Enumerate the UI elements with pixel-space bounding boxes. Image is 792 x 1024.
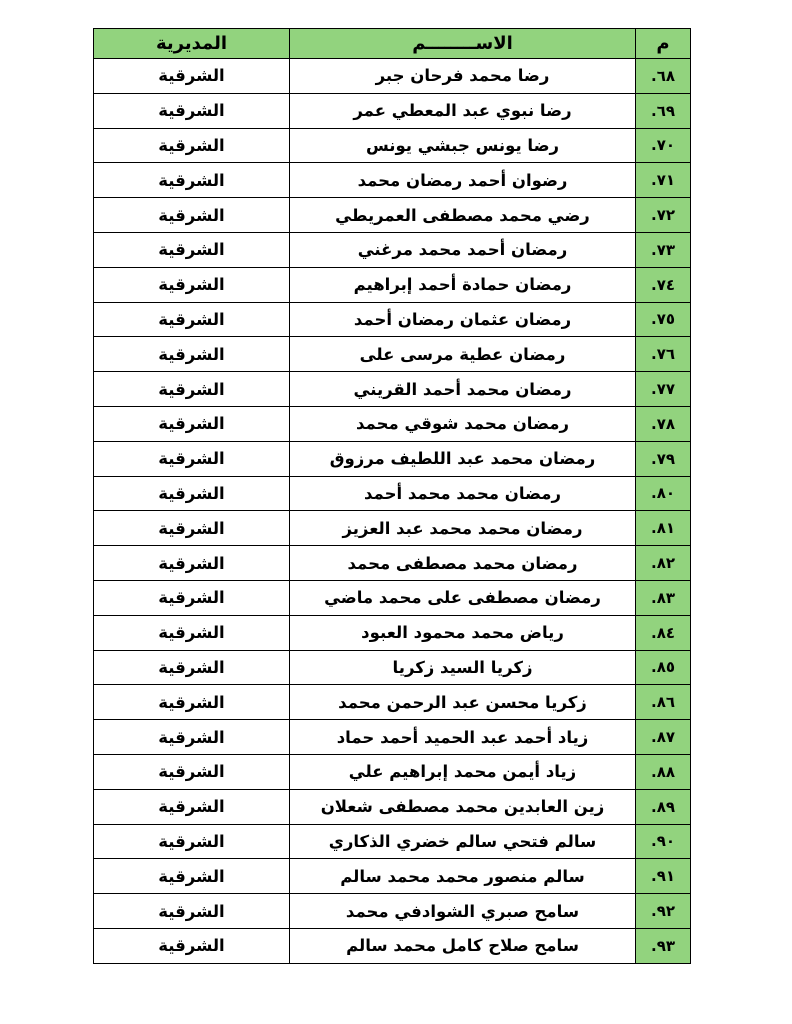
row-directorate-cell: الشرقية <box>94 789 290 824</box>
header-row: م الاســــــــم المديرية <box>94 29 691 59</box>
table-row: ٨٦.زكريا محسن عبد الرحمن محمدالشرقية <box>94 685 691 720</box>
row-directorate-cell: الشرقية <box>94 441 290 476</box>
row-number-cell: ٧٦. <box>636 337 691 372</box>
row-directorate-cell: الشرقية <box>94 128 290 163</box>
row-directorate-cell: الشرقية <box>94 511 290 546</box>
table-row: ٩٢.سامح صبري الشوادفي محمدالشرقية <box>94 894 691 929</box>
table-body: ٦٨.رضا محمد فرحان جبرالشرقية٦٩.رضا نبوي … <box>94 59 691 964</box>
row-name-cell: رضي محمد مصطفى العمريطي <box>290 198 636 233</box>
row-number-cell: ٩١. <box>636 859 691 894</box>
row-number-cell: ٧٥. <box>636 302 691 337</box>
table-row: ٩٣.سامح صلاح كامل محمد سالمالشرقية <box>94 928 691 963</box>
row-directorate-cell: الشرقية <box>94 824 290 859</box>
row-number-cell: ٨٥. <box>636 650 691 685</box>
row-number-cell: ٧٠. <box>636 128 691 163</box>
row-number-cell: ٨٠. <box>636 476 691 511</box>
row-directorate-cell: الشرقية <box>94 720 290 755</box>
row-name-cell: سالم فتحي سالم خضري الذكاري <box>290 824 636 859</box>
row-directorate-cell: الشرقية <box>94 302 290 337</box>
row-directorate-cell: الشرقية <box>94 894 290 929</box>
header-directorate: المديرية <box>94 29 290 59</box>
row-name-cell: رمضان أحمد محمد مرغني <box>290 232 636 267</box>
row-number-cell: ٨٢. <box>636 546 691 581</box>
row-number-cell: ٧٩. <box>636 441 691 476</box>
row-name-cell: رضوان أحمد رمضان محمد <box>290 163 636 198</box>
document-page: م الاســــــــم المديرية ٦٨.رضا محمد فرح… <box>0 0 792 1024</box>
row-name-cell: رمضان محمد محمد عبد العزيز <box>290 511 636 546</box>
header-name: الاســــــــم <box>290 29 636 59</box>
table-row: ٩١.سالم منصور محمد محمد سالمالشرقية <box>94 859 691 894</box>
table-row: ٦٨.رضا محمد فرحان جبرالشرقية <box>94 59 691 94</box>
row-number-cell: ٦٩. <box>636 93 691 128</box>
row-name-cell: سامح صبري الشوادفي محمد <box>290 894 636 929</box>
row-name-cell: زين العابدين محمد مصطفى شعلان <box>290 789 636 824</box>
row-directorate-cell: الشرقية <box>94 267 290 302</box>
row-directorate-cell: الشرقية <box>94 59 290 94</box>
row-name-cell: رمضان محمد أحمد القريني <box>290 372 636 407</box>
table-row: ٧٣.رمضان أحمد محمد مرغنيالشرقية <box>94 232 691 267</box>
row-name-cell: رمضان عثمان رمضان أحمد <box>290 302 636 337</box>
row-number-cell: ٨١. <box>636 511 691 546</box>
row-name-cell: رمضان مصطفى على محمد ماضي <box>290 580 636 615</box>
row-number-cell: ٧٧. <box>636 372 691 407</box>
table-header: م الاســــــــم المديرية <box>94 29 691 59</box>
header-number: م <box>636 29 691 59</box>
row-number-cell: ٧١. <box>636 163 691 198</box>
row-name-cell: رمضان محمد شوقي محمد <box>290 406 636 441</box>
row-name-cell: رمضان حمادة أحمد إبراهيم <box>290 267 636 302</box>
names-roster-table: م الاســــــــم المديرية ٦٨.رضا محمد فرح… <box>93 28 691 964</box>
row-number-cell: ٨٩. <box>636 789 691 824</box>
table-row: ٧١.رضوان أحمد رمضان محمدالشرقية <box>94 163 691 198</box>
row-name-cell: رمضان عطية مرسى على <box>290 337 636 372</box>
table-row: ٧٦.رمضان عطية مرسى علىالشرقية <box>94 337 691 372</box>
row-name-cell: رضا محمد فرحان جبر <box>290 59 636 94</box>
row-directorate-cell: الشرقية <box>94 754 290 789</box>
row-directorate-cell: الشرقية <box>94 615 290 650</box>
row-directorate-cell: الشرقية <box>94 685 290 720</box>
table-row: ٧٤.رمضان حمادة أحمد إبراهيمالشرقية <box>94 267 691 302</box>
table-row: ٨٣.رمضان مصطفى على محمد ماضيالشرقية <box>94 580 691 615</box>
table-row: ٨٠.رمضان محمد محمد أحمدالشرقية <box>94 476 691 511</box>
table-row: ٧٥.رمضان عثمان رمضان أحمدالشرقية <box>94 302 691 337</box>
table-row: ٧٢.رضي محمد مصطفى العمريطيالشرقية <box>94 198 691 233</box>
row-number-cell: ٧٢. <box>636 198 691 233</box>
row-number-cell: ٦٨. <box>636 59 691 94</box>
row-directorate-cell: الشرقية <box>94 163 290 198</box>
row-number-cell: ٧٤. <box>636 267 691 302</box>
row-number-cell: ٨٤. <box>636 615 691 650</box>
row-number-cell: ٨٦. <box>636 685 691 720</box>
row-number-cell: ٧٣. <box>636 232 691 267</box>
table-row: ٨٧.زياد أحمد عبد الحميد أحمد حمادالشرقية <box>94 720 691 755</box>
row-directorate-cell: الشرقية <box>94 232 290 267</box>
row-directorate-cell: الشرقية <box>94 859 290 894</box>
row-directorate-cell: الشرقية <box>94 372 290 407</box>
row-directorate-cell: الشرقية <box>94 650 290 685</box>
row-directorate-cell: الشرقية <box>94 928 290 963</box>
row-name-cell: زياد أحمد عبد الحميد أحمد حماد <box>290 720 636 755</box>
row-directorate-cell: الشرقية <box>94 406 290 441</box>
row-name-cell: رياض محمد محمود العبود <box>290 615 636 650</box>
table-row: ٩٠.سالم فتحي سالم خضري الذكاريالشرقية <box>94 824 691 859</box>
row-name-cell: زكريا محسن عبد الرحمن محمد <box>290 685 636 720</box>
table-row: ٨٤.رياض محمد محمود العبودالشرقية <box>94 615 691 650</box>
table-row: ٨٩.زين العابدين محمد مصطفى شعلانالشرقية <box>94 789 691 824</box>
table-row: ٦٩.رضا نبوي عبد المعطي عمرالشرقية <box>94 93 691 128</box>
row-name-cell: زياد أيمن محمد إبراهيم علي <box>290 754 636 789</box>
row-directorate-cell: الشرقية <box>94 580 290 615</box>
row-number-cell: ٨٣. <box>636 580 691 615</box>
table-row: ٧٠.رضا يونس جبشي يونسالشرقية <box>94 128 691 163</box>
row-directorate-cell: الشرقية <box>94 93 290 128</box>
table-row: ٧٨.رمضان محمد شوقي محمدالشرقية <box>94 406 691 441</box>
row-directorate-cell: الشرقية <box>94 546 290 581</box>
row-name-cell: سالم منصور محمد محمد سالم <box>290 859 636 894</box>
row-number-cell: ٩٠. <box>636 824 691 859</box>
row-name-cell: رضا يونس جبشي يونس <box>290 128 636 163</box>
table-row: ٨٥.زكريا السيد زكرياالشرقية <box>94 650 691 685</box>
row-name-cell: رمضان محمد محمد أحمد <box>290 476 636 511</box>
row-name-cell: سامح صلاح كامل محمد سالم <box>290 928 636 963</box>
row-number-cell: ٩٢. <box>636 894 691 929</box>
row-directorate-cell: الشرقية <box>94 198 290 233</box>
table-row: ٧٩.رمضان محمد عبد اللطيف مرزوقالشرقية <box>94 441 691 476</box>
row-number-cell: ٩٣. <box>636 928 691 963</box>
row-number-cell: ٨٨. <box>636 754 691 789</box>
row-directorate-cell: الشرقية <box>94 337 290 372</box>
row-number-cell: ٧٨. <box>636 406 691 441</box>
row-directorate-cell: الشرقية <box>94 476 290 511</box>
table-row: ٧٧.رمضان محمد أحمد القرينيالشرقية <box>94 372 691 407</box>
row-number-cell: ٨٧. <box>636 720 691 755</box>
table-row: ٨٢.رمضان محمد مصطفى محمدالشرقية <box>94 546 691 581</box>
row-name-cell: رضا نبوي عبد المعطي عمر <box>290 93 636 128</box>
row-name-cell: رمضان محمد عبد اللطيف مرزوق <box>290 441 636 476</box>
row-name-cell: زكريا السيد زكريا <box>290 650 636 685</box>
row-name-cell: رمضان محمد مصطفى محمد <box>290 546 636 581</box>
table-row: ٨١.رمضان محمد محمد عبد العزيزالشرقية <box>94 511 691 546</box>
table-row: ٨٨.زياد أيمن محمد إبراهيم عليالشرقية <box>94 754 691 789</box>
